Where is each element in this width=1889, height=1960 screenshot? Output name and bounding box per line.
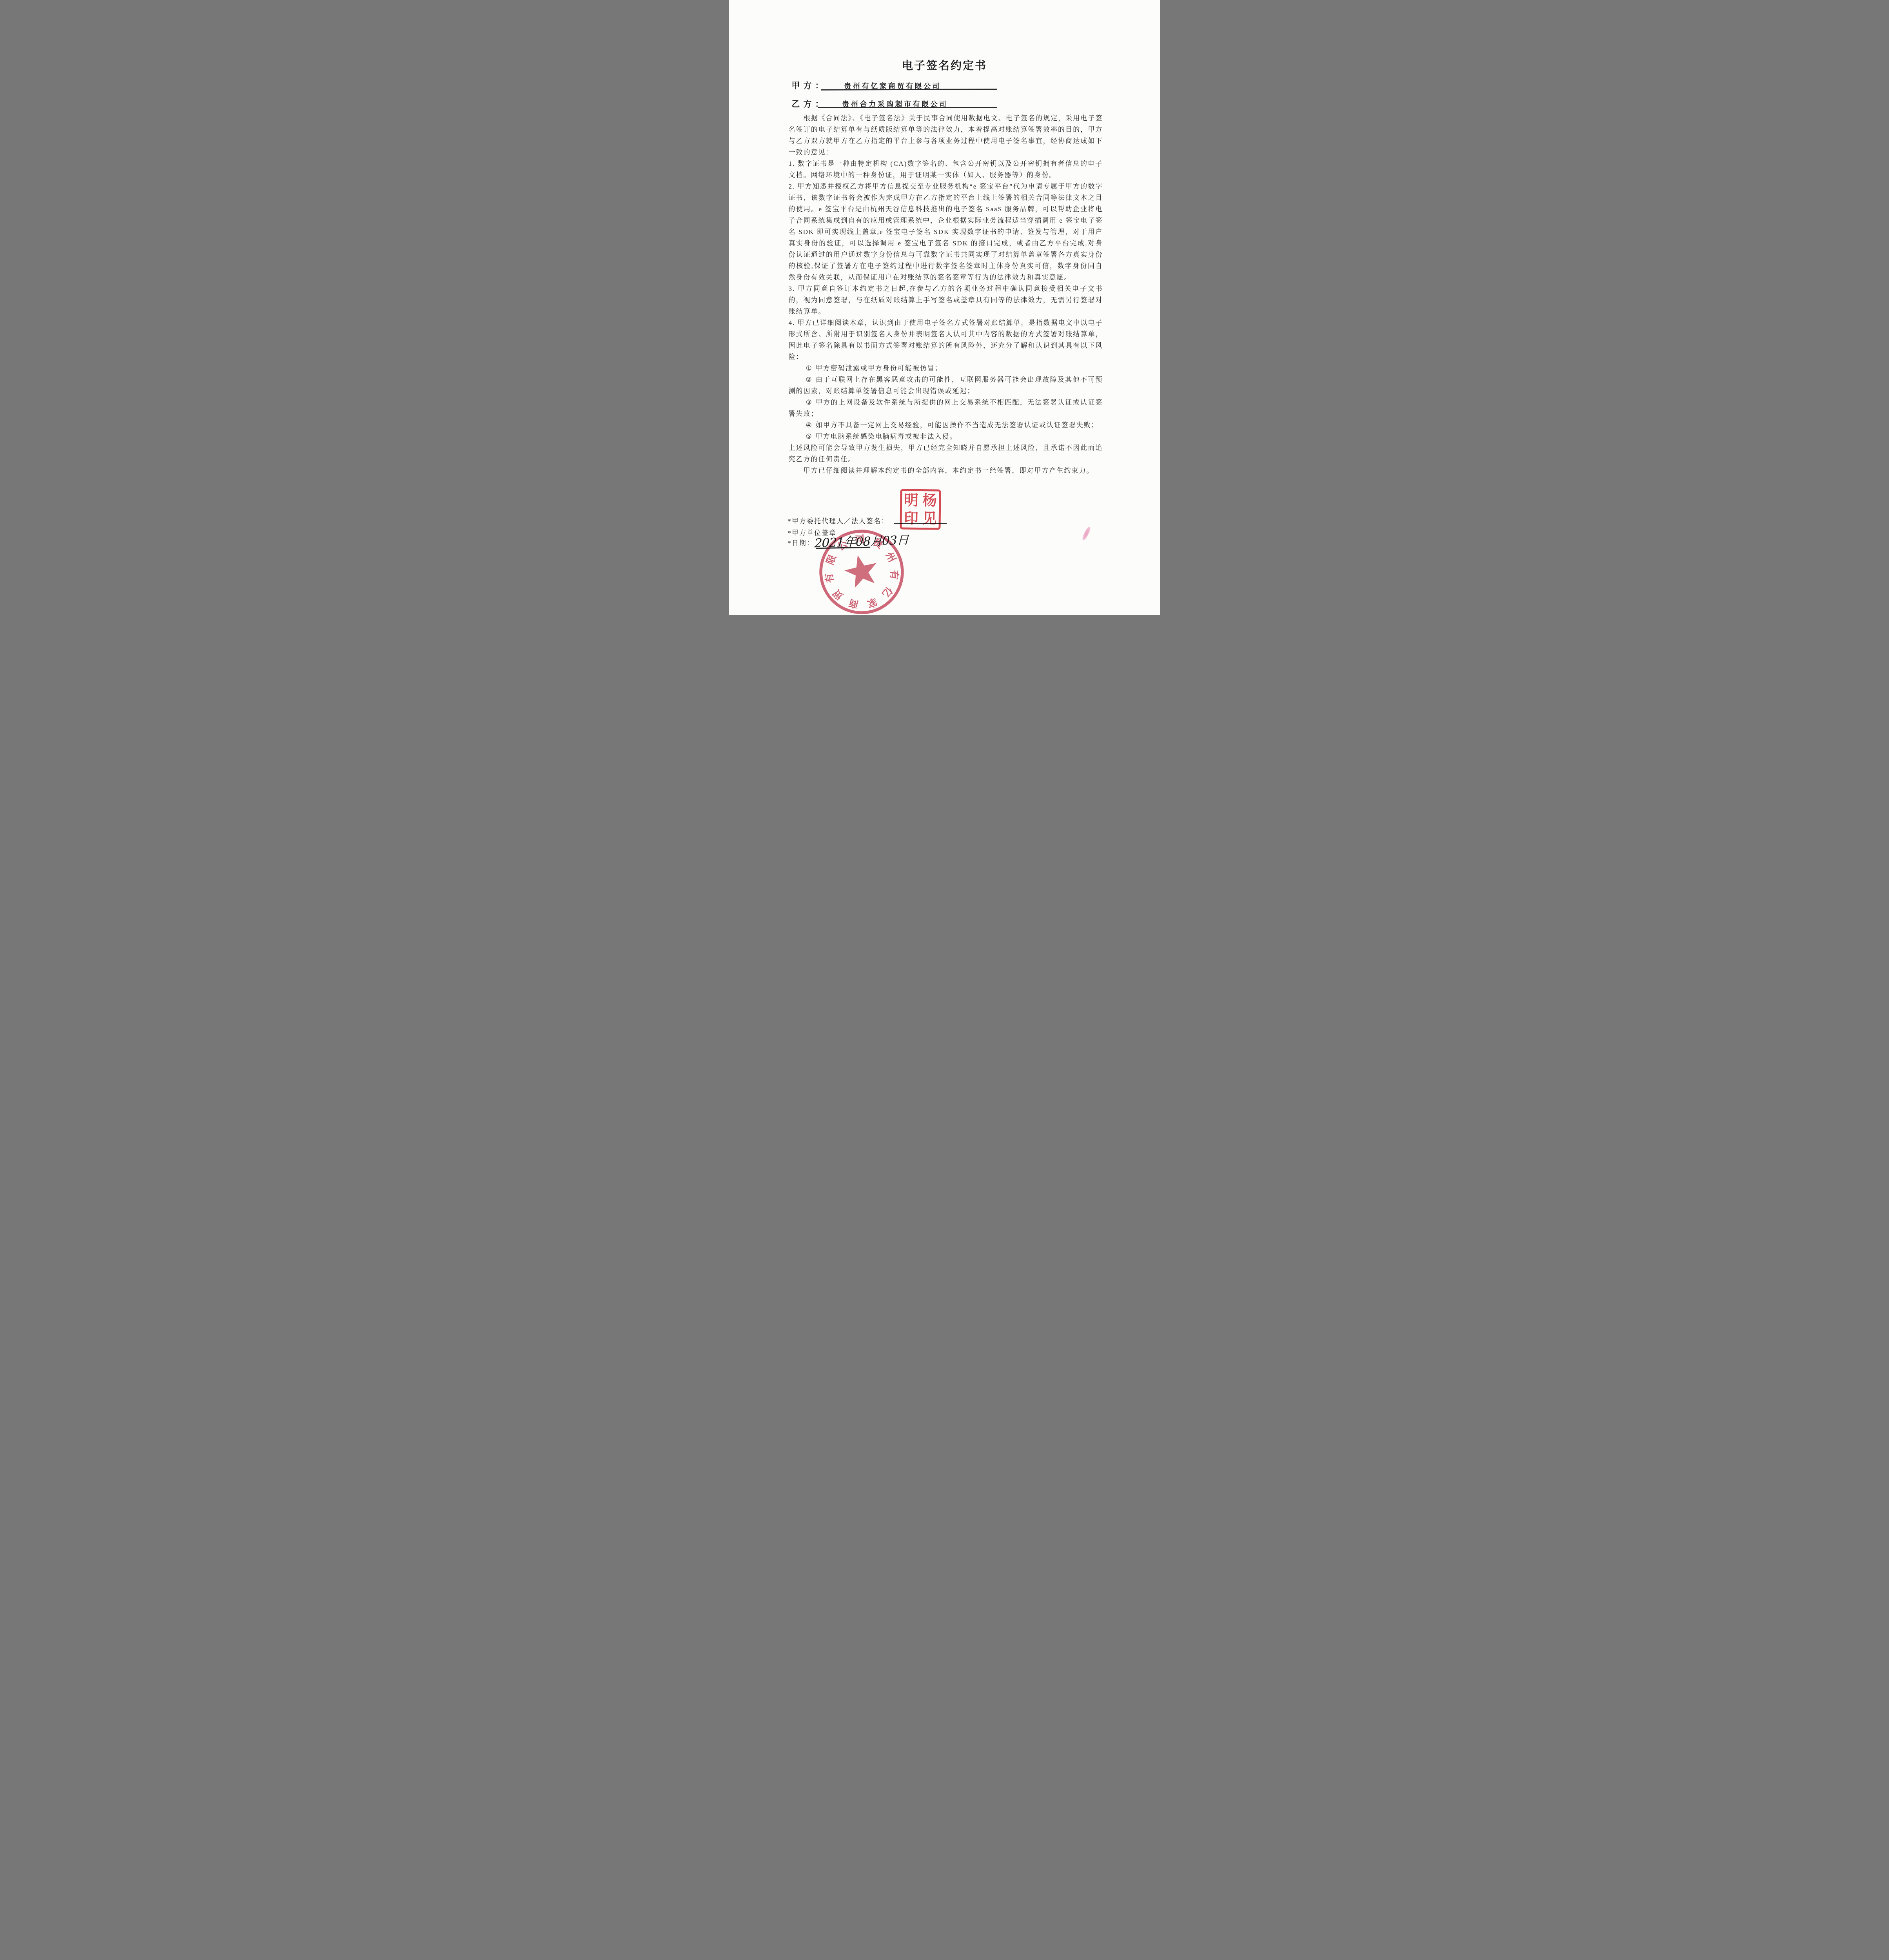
paragraph-risk-acceptance: 上述风险可能会导致甲方发生损失，甲方已经完全知晓并自愿承担上述风险，且承诺不因此…	[789, 442, 1103, 465]
risk-number-1: ①	[806, 365, 813, 372]
personal-seal-char-2: 杨	[922, 494, 937, 508]
seal-char: 州	[883, 550, 897, 564]
risk-text-4: 如甲方不具备一定网上交易经验，可能因操作不当造成无法签署认证或认证签署失败；	[816, 421, 1099, 429]
seal-char: 商	[847, 597, 860, 610]
risk-text-2: 由于互联网上存在黑客恶意攻击的可能性，互联网服务器可能会出现故障及其他不可预测的…	[789, 376, 1103, 395]
red-ink-smudge	[1081, 526, 1092, 541]
risk-text-1: 甲方密码泄露或甲方身份可能被仿冒；	[816, 365, 942, 372]
seal-char: 有	[888, 570, 900, 580]
risk-text-5: 甲方电脑系统感染电脑病毒或被非法入侵。	[816, 433, 957, 440]
risk-text-3: 甲方的上网设备及软件系统与所提供的网上交易系统不相匹配，无法签署认证或认证签署失…	[789, 399, 1103, 417]
paragraph-clause-3: 3. 甲方同意自签订本约定书之日起,在参与乙方的各项业务过程中确认同意接受相关电…	[789, 283, 1103, 317]
personal-name-seal: 明 杨 印 见	[900, 489, 941, 530]
personal-seal-char-3: 印	[904, 512, 918, 526]
risk-item-2: ②由于互联网上存在黑客恶意攻击的可能性，互联网服务器可能会出现故障及其他不可预测…	[789, 374, 1103, 397]
paragraph-clause-1: 1. 数字证书是一种由特定机构 (CA)数字签名的、包含公开密钥以及公开密钥拥有…	[789, 158, 1103, 181]
seal-char: 有	[823, 572, 836, 584]
signer-label: *甲方委托代理人／法人签名：	[788, 516, 889, 525]
paragraph-intro: 根据《合同法》、《电子签名法》关于民事合同使用数据电文、电子签名的规定，采用电子…	[789, 113, 1103, 158]
agreement-body: 根据《合同法》、《电子签名法》关于民事合同使用数据电文、电子签名的规定，采用电子…	[789, 113, 1103, 476]
personal-seal-char-1: 明	[904, 493, 918, 508]
risk-item-4: ④如甲方不具备一定网上交易经验，可能因操作不当造成无法签署认证或认证签署失败；	[789, 419, 1103, 431]
seal-char: 限	[824, 553, 838, 566]
party-b-underline	[818, 107, 997, 108]
risk-number-5: ⑤	[806, 433, 813, 440]
risk-item-1: ①甲方密码泄露或甲方身份可能被仿冒；	[789, 363, 1103, 374]
paragraph-binding-statement: 甲方已仔细阅读并理解本约定书的全部内容，本约定书一经签署，即对甲方产生约束力。	[789, 465, 1103, 476]
risk-item-5: ⑤甲方电脑系统感染电脑病毒或被非法入侵。	[789, 431, 1103, 442]
risk-number-2: ②	[806, 376, 813, 383]
seal-char: 家	[866, 596, 878, 610]
risk-number-4: ④	[806, 421, 813, 429]
personal-seal-char-4: 见	[922, 512, 936, 526]
paragraph-clause-4: 4. 甲方已详细阅读本章，认识到由于使用电子签名方式签署对账结算单，是指数据电文…	[789, 317, 1103, 363]
date-label: *日期：	[788, 538, 815, 547]
handwritten-date: 2021年08月03日	[814, 530, 909, 551]
risk-item-3: ③甲方的上网设备及软件系统与所提供的网上交易系统不相匹配，无法签署认证或认证签署…	[789, 397, 1103, 419]
document-page: 电子签名约定书 甲方： 贵州有亿家商贸有限公司 乙方： 贵州合力采购超市有限公司…	[729, 0, 1160, 615]
page-title: 电子签名约定书	[729, 57, 1160, 73]
paragraph-clause-2: 2. 甲方知悉并授权乙方将甲方信息提交至专业服务机构“e 签宝平台”代为申请专属…	[789, 181, 1103, 283]
star-icon	[842, 552, 880, 589]
risk-number-3: ③	[806, 399, 813, 406]
